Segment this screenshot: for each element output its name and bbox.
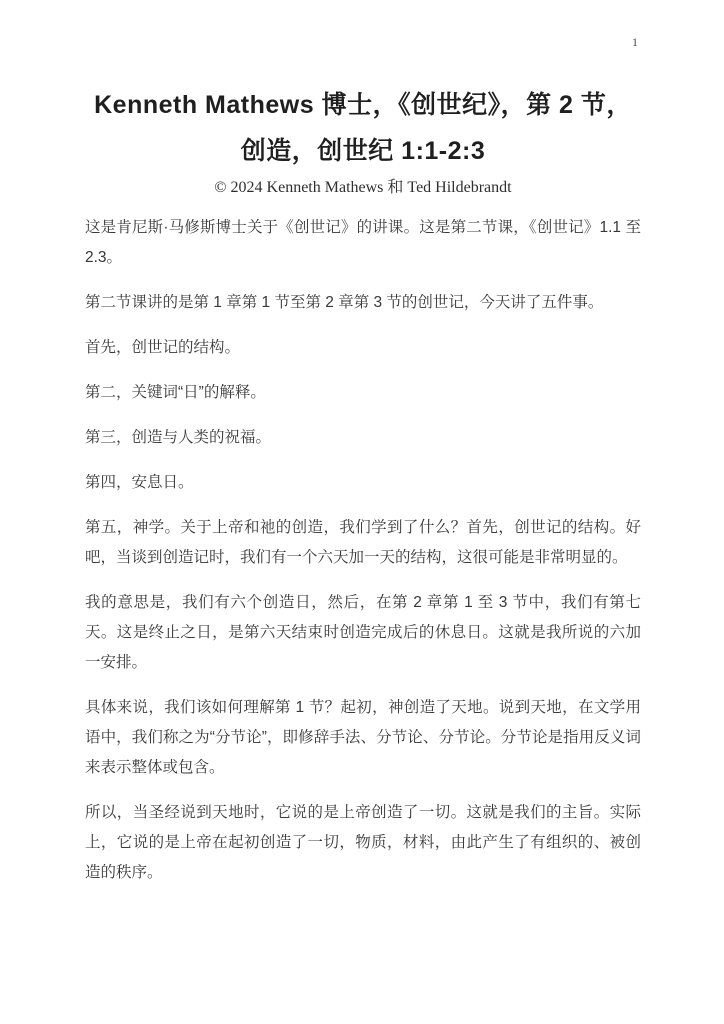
page-number: 1 <box>632 36 638 48</box>
paragraph-heavens-and-earth: 所以，当圣经说到天地时，它说的是上帝创造了一切。这就是我们的主旨。实际上，它说的… <box>85 798 641 888</box>
paragraph-session-overview: 第二节课讲的是第 1 章第 1 节至第 2 章第 3 节的创世记，今天讲了五件事… <box>85 288 641 318</box>
paragraph-six-plus-one: 我的意思是，我们有六个创造日，然后，在第 2 章第 1 至 3 节中，我们有第七… <box>85 588 641 678</box>
document-page: 1 Kenneth Mathews 博士，《创世纪》，第 2 节， 创造，创世纪… <box>0 0 724 1024</box>
paragraph-point-3: 第三，创造与人类的祝福。 <box>85 423 641 453</box>
paragraph-verse-1-merism: 具体来说，我们该如何理解第 1 节？起初，神创造了天地。说到天地，在文学用语中，… <box>85 693 641 783</box>
paragraph-point-5-theology: 第五，神学。关于上帝和祂的创造，我们学到了什么？首先，创世记的结构。好吧，当谈到… <box>85 513 641 573</box>
copyright-line: © 2024 Kenneth Mathews 和 Ted Hildebrandt <box>85 176 641 200</box>
paragraph-point-2: 第二，关键词“日”的解释。 <box>85 378 641 408</box>
page-content: Kenneth Mathews 博士，《创世纪》，第 2 节， 创造，创世纪 1… <box>85 82 641 903</box>
paragraph-point-4: 第四，安息日。 <box>85 468 641 498</box>
paragraph-point-1: 首先，创世记的结构。 <box>85 333 641 363</box>
paragraph-intro: 这是肯尼斯·马修斯博士关于《创世记》的讲课。这是第二节课，《创世记》1.1 至 … <box>85 213 641 273</box>
title-line-1: Kenneth Mathews 博士，《创世纪》，第 2 节， <box>85 82 641 128</box>
title-line-2: 创造，创世纪 1:1-2:3 <box>85 128 641 174</box>
document-title: Kenneth Mathews 博士，《创世纪》，第 2 节， 创造，创世纪 1… <box>85 82 641 174</box>
